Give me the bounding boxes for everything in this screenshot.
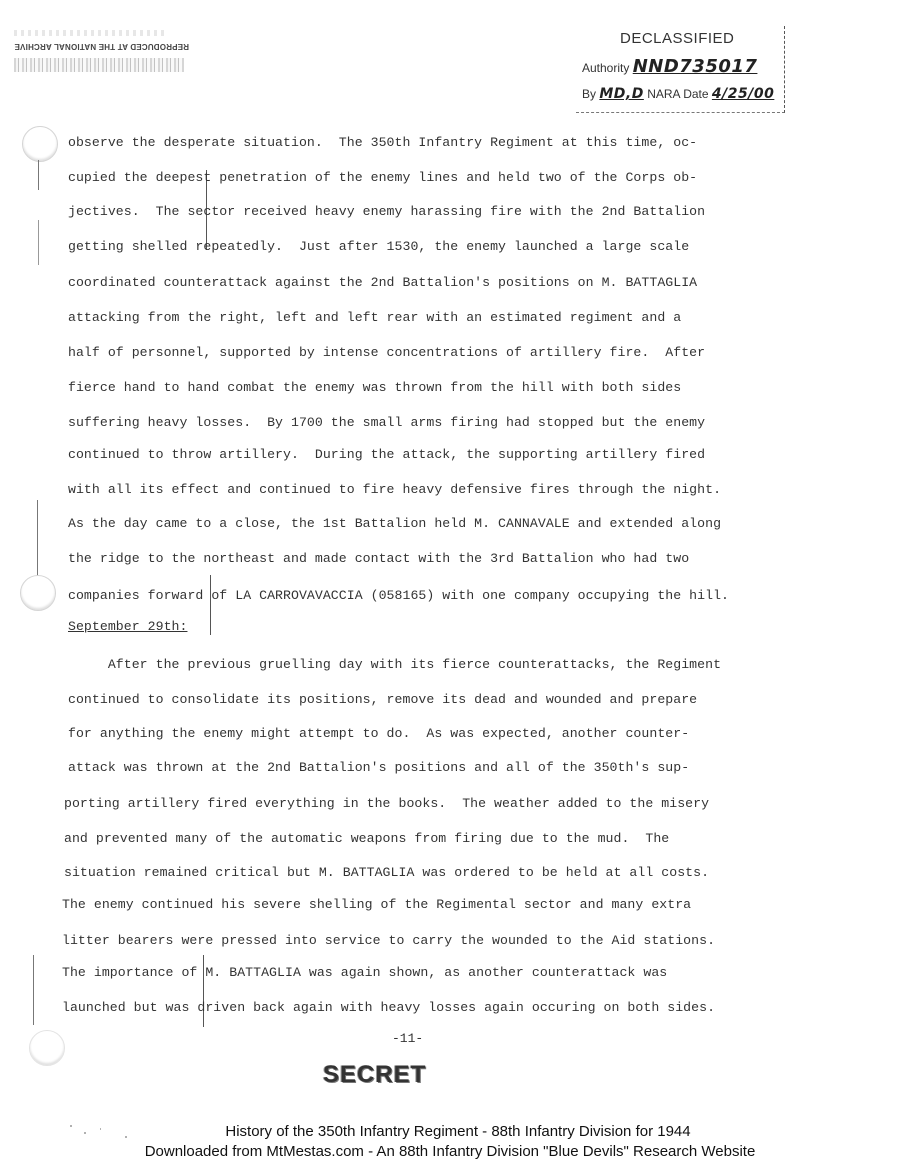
archive-stamp-noise-top: [14, 30, 164, 36]
document-line: The enemy continued his severe shelling …: [62, 897, 691, 912]
margin-mark: [37, 500, 38, 580]
document-line: coordinated counterattack against the 2n…: [68, 275, 697, 290]
document-line: attacking from the right, left and left …: [68, 310, 681, 325]
document-line: companies forward of LA CARROVAVACCIA (0…: [68, 588, 729, 603]
document-line: After the previous gruelling day with it…: [68, 657, 721, 672]
document-line: cupied the deepest penetration of the en…: [68, 170, 697, 185]
document-line: porting artillery fired everything in th…: [64, 796, 709, 811]
document-line: half of personnel, supported by intense …: [68, 345, 705, 360]
archive-stamp-noise: [14, 58, 184, 72]
document-line: attack was thrown at the 2nd Battalion's…: [68, 760, 689, 775]
document-line: and prevented many of the automatic weap…: [64, 831, 669, 846]
document-line: launched but was driven back again with …: [62, 1000, 715, 1015]
footer-title: History of the 350th Infantry Regiment -…: [8, 1123, 900, 1140]
punch-hole-bottom: [29, 1030, 65, 1066]
by-value: MD,D: [599, 86, 644, 102]
document-line: with all its effect and continued to fir…: [68, 482, 721, 497]
authority-row: Authority NND735017: [582, 56, 757, 77]
document-line: continued to consolidate its positions, …: [68, 692, 697, 707]
document-line: litter bearers were pressed into service…: [62, 933, 715, 948]
archive-stamp: REPRODUCED AT THE NATIONAL ARCHIVE: [14, 42, 189, 51]
document-line: situation remained critical but M. BATTA…: [64, 865, 709, 880]
document-line: continued to throw artillery. During the…: [68, 447, 705, 462]
document-line: for anything the enemy might attempt to …: [68, 726, 689, 741]
margin-mark: [33, 955, 34, 1025]
by-date-row: By MD,D NARA Date 4/25/00: [582, 86, 774, 102]
document-line: jectives. The sector received heavy enem…: [68, 204, 705, 219]
document-line: observe the desperate situation. The 350…: [68, 135, 697, 150]
footer-source: Downloaded from MtMestas.com - An 88th I…: [0, 1143, 900, 1160]
punch-hole-top: [22, 126, 58, 162]
by-label: By: [582, 87, 596, 101]
typewriter-mark: [210, 575, 211, 635]
section-heading: September 29th:: [68, 619, 187, 634]
document-line: the ridge to the northeast and made cont…: [68, 551, 689, 566]
authority-value: NND735017: [633, 56, 758, 77]
nara-date-label: NARA Date: [647, 87, 708, 101]
declassified-title: DECLASSIFIED: [620, 30, 734, 47]
document-line: getting shelled repeatedly. Just after 1…: [68, 239, 689, 254]
nara-date-value: 4/25/00: [712, 86, 774, 102]
declassification-stamp: DECLASSIFIED Authority NND735017 By MD,D…: [576, 26, 785, 113]
document-line: As the day came to a close, the 1st Batt…: [68, 516, 721, 531]
secret-classification-stamp: SECRET: [323, 1062, 473, 1088]
margin-mark: [38, 220, 39, 265]
authority-label: Authority: [582, 61, 629, 75]
document-line: The importance of M. BATTAGLIA was again…: [62, 965, 667, 980]
punch-hole-middle: [20, 575, 56, 611]
document-line: fierce hand to hand combat the enemy was…: [68, 380, 681, 395]
margin-mark: [38, 160, 39, 190]
page-number: -11-: [392, 1031, 423, 1046]
document-line: suffering heavy losses. By 1700 the smal…: [68, 415, 705, 430]
